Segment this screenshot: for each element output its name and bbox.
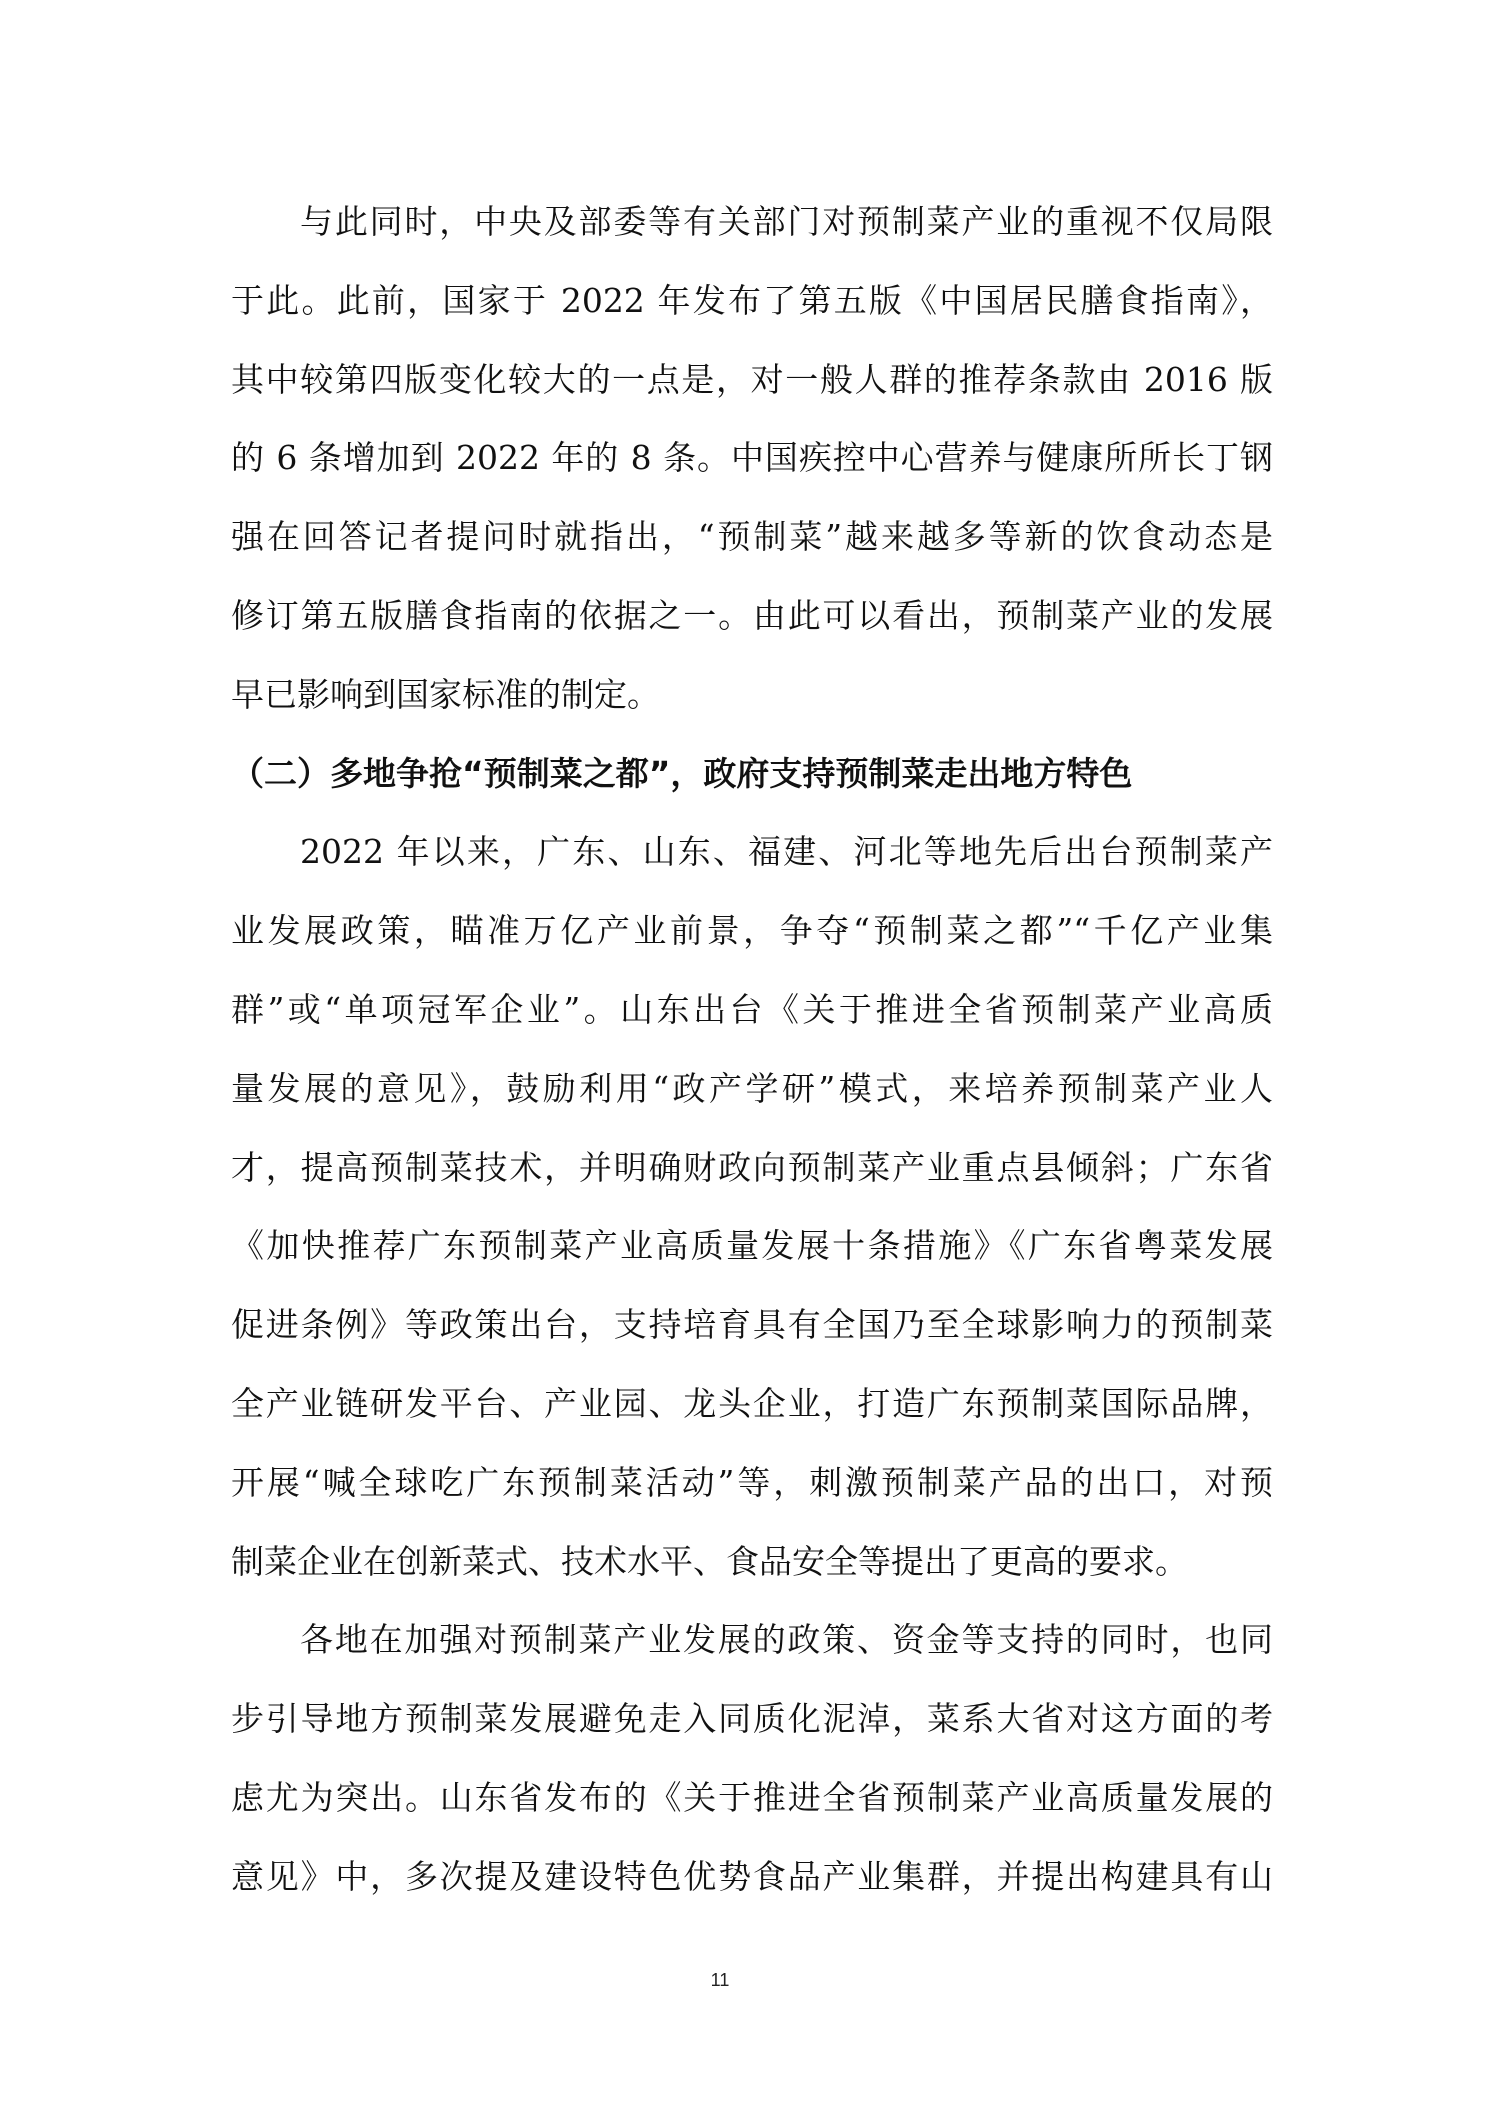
text-line: 早已影响到国家标准的制定。 [231,656,1273,735]
text-line: 意见》中，多次提及建设特色优势食品产业集群，并提出构建具有山 [231,1838,1273,1917]
text-line: 群”或“单项冠军企业”。山东出台《关于推进全省预制菜产业高质 [231,971,1273,1050]
text-line: 才，提高预制菜技术，并明确财政向预制菜产业重点县倾斜；广东省 [231,1129,1273,1208]
text-line: 虑尤为突出。山东省发布的《关于推进全省预制菜产业高质量发展的 [231,1759,1273,1838]
text-line: 制菜企业在创新菜式、技术水平、食品安全等提出了更高的要求。 [231,1523,1273,1602]
text-line: 2022 年以来，广东、山东、福建、河北等地先后出台预制菜产 [231,813,1273,892]
text-line: 促进条例》等政策出台，支持培育具有全国乃至全球影响力的预制菜 [231,1286,1273,1365]
page-number: 11 [0,1970,1440,1991]
text-line: 《加快推荐广东预制菜产业高质量发展十条措施》《广东省粤菜发展 [231,1207,1273,1286]
text-line: 的 6 条增加到 2022 年的 8 条。中国疾控中心营养与健康所所长丁钢 [231,419,1273,498]
text-line: 业发展政策，瞄准万亿产业前景，争夺“预制菜之都”“千亿产业集 [231,892,1273,971]
body-text: 与此同时，中央及部委等有关部门对预制菜产业的重视不仅局限 于此。此前，国家于 2… [231,183,1273,1917]
text-line: 全产业链研发平台、产业园、龙头企业，打造广东预制菜国际品牌， [231,1365,1273,1444]
text-line: 步引导地方预制菜发展避免走入同质化泥淖，菜系大省对这方面的考 [231,1680,1273,1759]
text-line: 各地在加强对预制菜产业发展的政策、资金等支持的同时，也同 [231,1601,1273,1680]
text-line: 开展“喊全球吃广东预制菜活动”等，刺激预制菜产品的出口，对预 [231,1444,1273,1523]
paragraph-avoid-homogenization: 各地在加强对预制菜产业发展的政策、资金等支持的同时，也同 步引导地方预制菜发展避… [231,1601,1273,1916]
paragraph-regional-policies: 2022 年以来，广东、山东、福建、河北等地先后出台预制菜产 业发展政策，瞄准万… [231,813,1273,1601]
text-line: 其中较第四版变化较大的一点是，对一般人群的推荐条款由 2016 版 [231,341,1273,420]
text-line: 于此。此前，国家于 2022 年发布了第五版《中国居民膳食指南》， [231,262,1273,341]
text-line: 与此同时，中央及部委等有关部门对预制菜产业的重视不仅局限 [231,183,1273,262]
text-line: 强在回答记者提问时就指出，“预制菜”越来越多等新的饮食动态是 [231,498,1273,577]
section-heading: （二）多地争抢“预制菜之都”，政府支持预制菜走出地方特色 [231,735,1273,814]
text-line: 修订第五版膳食指南的依据之一。由此可以看出，预制菜产业的发展 [231,577,1273,656]
text-line: 量发展的意见》，鼓励利用“政产学研”模式，来培养预制菜产业人 [231,1050,1273,1129]
document-page: 与此同时，中央及部委等有关部门对预制菜产业的重视不仅局限 于此。此前，国家于 2… [0,0,1500,2121]
paragraph-central-attention: 与此同时，中央及部委等有关部门对预制菜产业的重视不仅局限 于此。此前，国家于 2… [231,183,1273,735]
